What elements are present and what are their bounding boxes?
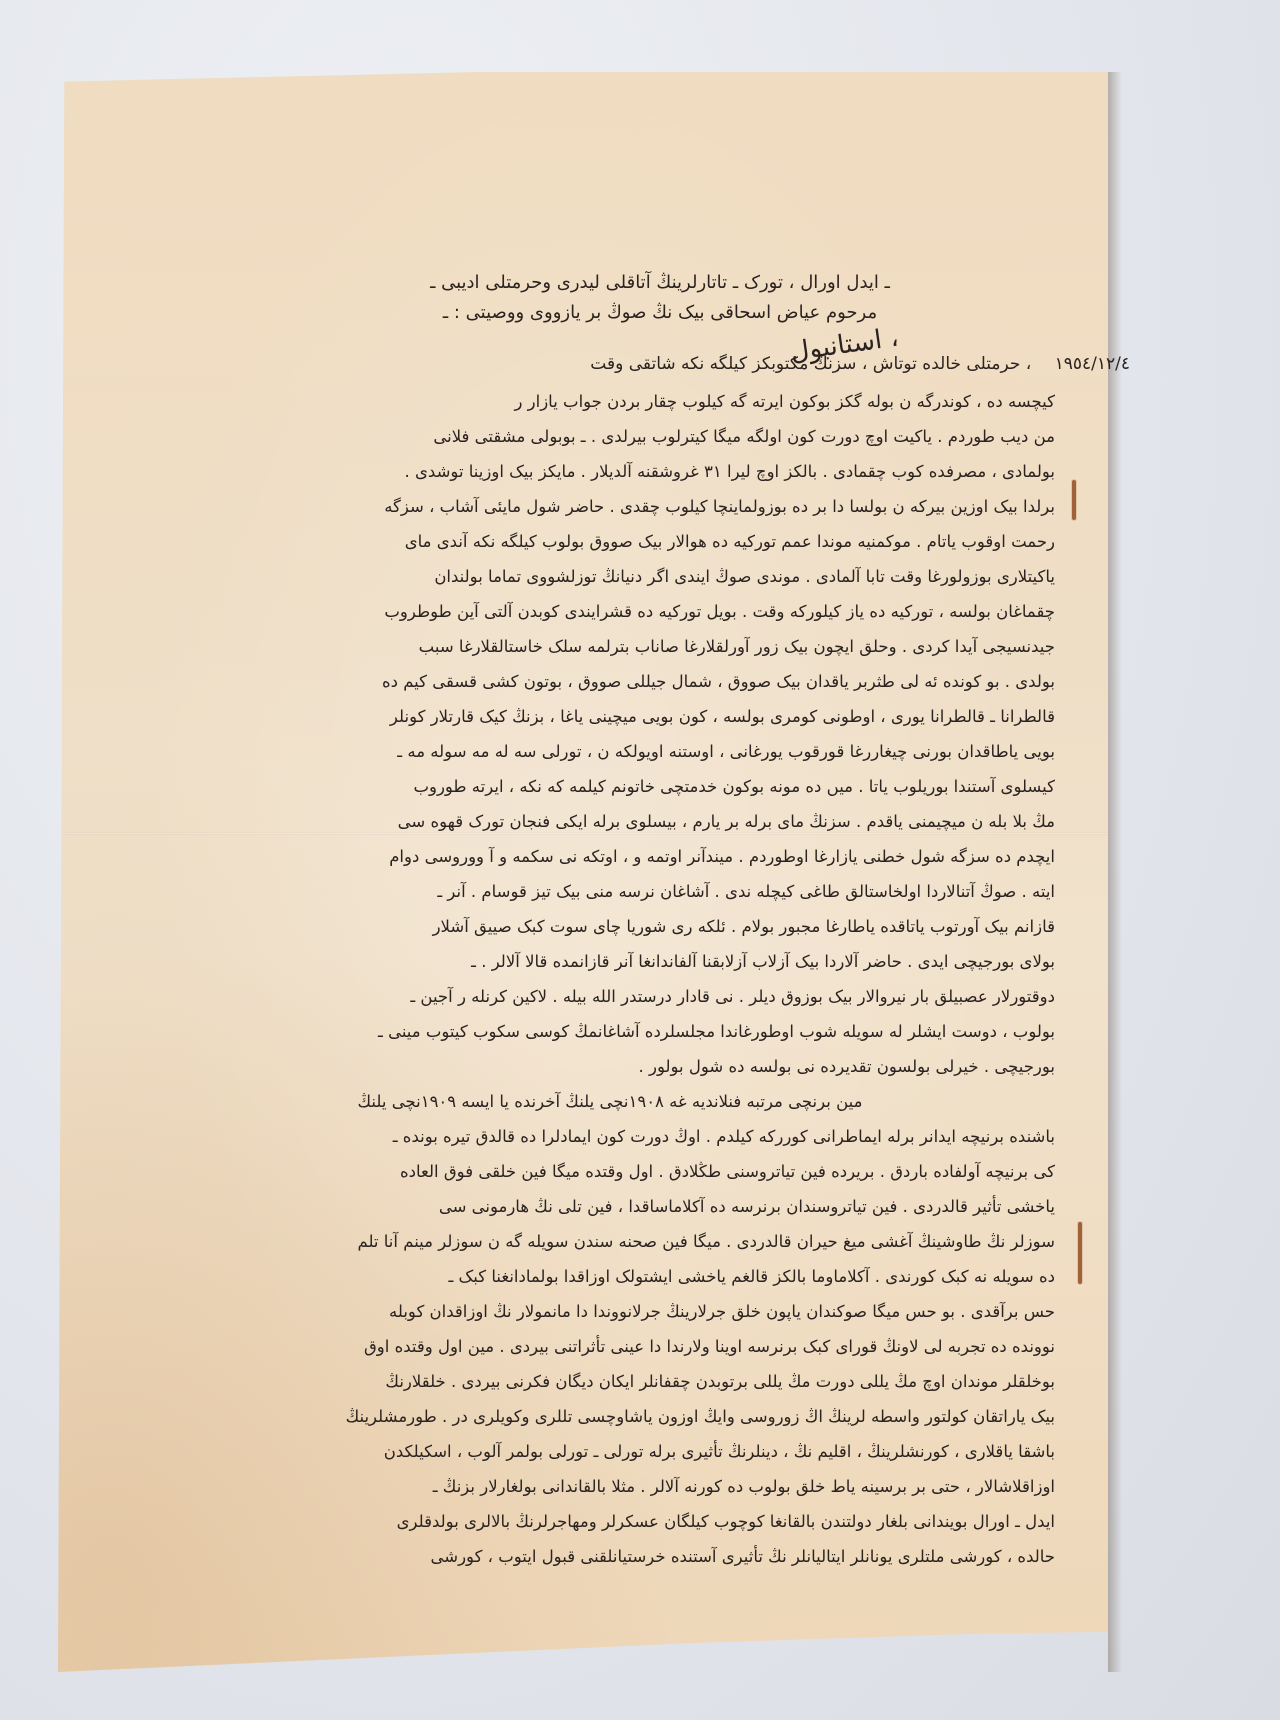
text-line: رحمت اوقوب یاتام . موکمنیه موندا عمم تور… [165,524,1055,559]
text-line: باشنده برنیچه ایدانر برله ایماطرانی کورر… [165,1119,1055,1154]
text-line: کیچسه ده ، کوندرگه ن بوله گکز بوکون ایرت… [165,384,1055,419]
text-line: برلدا بیک اوزین بیرکه ن بولسا دا بر ده ب… [165,489,1055,524]
text-line: ایچدم ده سزگه شول خطنی یازارغا اوطوردم .… [165,839,1055,874]
text-line: بولای بورجیچی ایدی . حاضر آلاردا بیک آزل… [165,944,1055,979]
text-line: بورجیچی . خیرلی بولسون تقدیرده نی بولسه … [165,1049,1055,1084]
heading-line-1: ـ ایدل اورال ، تورک ـ تاتارلرینڭ آتاقلی … [250,268,1070,298]
text-line: یاکیتلاری بوزولورغا وقت تابا آلمادی . مو… [165,559,1055,594]
text-line: بوخلقلر موندان اوچ مڭ یللی دورت مڭ یللی … [165,1364,1055,1399]
staple-icon [1072,480,1076,520]
text-line: نوونده ده تجربه لی لاونڭ قورای کبک برنرس… [165,1329,1055,1364]
text-line: بولمادی ، مصرفده کوب چقمادی . بالکز اوچ … [165,454,1055,489]
staple-icon [1078,1222,1082,1284]
text-line: ایدل ـ اورال بویندانی بلغار دولتندن بالق… [165,1504,1055,1539]
text-line: قازانم بیک آورتوب یاتاقده یاطارغا مجبور … [165,909,1055,944]
text-line: ده سویله نه کبک کورندی . آکلاماوما بالکز… [165,1259,1055,1294]
text-line: باشقا یاقلاری ، کورنشلرینڭ ، اقلیم نڭ ، … [165,1434,1055,1469]
text-line: کی برنیچه آولفاده باردق . بریرده فین تیا… [165,1154,1055,1189]
text-line: من دیب طوردم . یاکیت اوچ دورت کون اولگه … [165,419,1055,454]
text-line: بولوب ، دوست ایشلر له سویله شوب اوطورغان… [165,1014,1055,1049]
text-line: چقماغان بولسه ، تورکیه ده یاز کیلورکه وق… [165,594,1055,629]
text-line: حس برآقدی . بو حس میگا صوکندان یاپون خلق… [165,1294,1055,1329]
text-line: ایته . صوڭ آتنالاردا اولخاستالق طاغی کیچ… [165,874,1055,909]
text-line: دوقتورلار عصبیلق بار نیروالار بیک بوزوق … [165,979,1055,1014]
text-line: مین برنچی مرتبه فنلاندیه غه ١٩٠٨نچی یلنڭ… [165,1084,1055,1119]
text-line: بولدی . بو کونده ئه لی طثربر یاقدان بیک … [165,664,1055,699]
text-line: یاخشی تأثیر قالدردی . فین تیاتروسندان بر… [165,1189,1055,1224]
date-line: ١٩٥٤/١٢/٤ ، حرمتلی خالده توتاش ، سزنڭ مک… [150,354,1130,374]
paper-edge-shadow [1108,72,1122,1672]
text-line: قالطرانا ـ قالطرانا یوری ، اوطونی کومری … [165,699,1055,734]
text-line: جیدنسیجی آیدا کردی . وحلق ایچون بیک زور … [165,629,1055,664]
text-line: بویی یاطاقدان بورنی چیغاررغا قورقوب یورغ… [165,734,1055,769]
text-line: بیک یاراتقان کولتور واسطه لرینڭ اڭ زوروس… [165,1399,1055,1434]
text-line: حالده ، کورشی ملتلری یونانلر ایتالیانلر … [165,1539,1055,1574]
letter-date: ١٩٥٤/١٢/٤ [1055,354,1130,374]
heading-line-2: مرحوم عیاض اسحاقی بیک نڭ صوڭ بر یازووی و… [250,298,1070,328]
text-line: اوزاقلاشالار ، حتی بر برسینه یاط خلق بول… [165,1469,1055,1504]
text-line: سوزلر نڭ طاوشینڭ آغشی میغ حیران قالدردی … [165,1224,1055,1259]
text-line: مڭ بلا بله ن میچیمنی یاقدم . سزنڭ مای بر… [165,804,1055,839]
salutation: ، حرمتلی خالده توتاش ، سزنڭ مکتوبکز کیلگ… [590,354,1031,374]
letter-body: کیچسه ده ، کوندرگه ن بوله گکز بوکون ایرت… [165,384,1055,1574]
text-line: کیسلوی آستندا بوریلوب یاتا . میں ده مونه… [165,769,1055,804]
